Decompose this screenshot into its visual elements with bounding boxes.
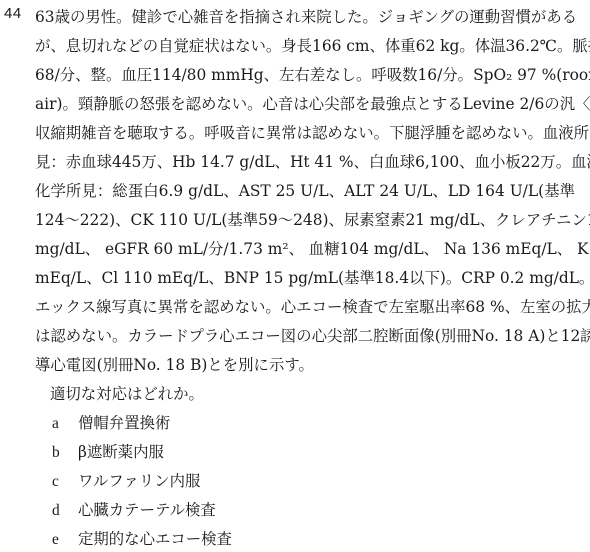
- stem-line-7: 化学所見：総蛋白6.9 g/dL、AST 25 U/L、ALT 24 U/L、L…: [35, 181, 575, 201]
- stem-line-12: は認めない。カラードプラ心エコー図の心尖部二腔断面像(別冊No. 18 A)と1…: [35, 326, 575, 346]
- stem-line-11: エックス線写真に異常を認めない。心エコー検査で左室駆出率68 %、左室の拡大: [35, 297, 575, 317]
- option-letter: c: [52, 472, 78, 492]
- option-text: 僧帽弁置換術: [78, 414, 170, 432]
- option-letter: d: [52, 501, 78, 521]
- option-b[interactable]: bβ遮断薬内服: [52, 442, 164, 463]
- stem-line-2: が、息切れなどの自覚症状はない。身長166 cm、体重62 kg。体温36.2℃…: [35, 36, 575, 56]
- stem-line-1: 63歳の男性。健診で心雑音を指摘され来院した。ジョギングの運動習慣がある: [35, 7, 575, 27]
- option-text: β遮断薬内服: [78, 443, 164, 461]
- stem-line-5: 収縮期雑音を聴取する。呼吸音に異常は認めない。下腿浮腫を認めない。血液所: [35, 123, 575, 143]
- stem-line-8: 124〜222)、CK 110 U/L(基準59〜248)、尿素窒素21 mg/…: [35, 210, 575, 230]
- option-e[interactable]: e定期的な心エコー検査: [52, 529, 232, 550]
- stem-line-10: mEq/L、Cl 110 mEq/L、BNP 15 pg/mL(基準18.4以下…: [35, 268, 575, 288]
- option-letter: b: [52, 443, 78, 463]
- stem-line-4: air)。頸静脈の怒張を認めない。心音は心尖部を最強点とするLevine 2/6…: [35, 94, 575, 114]
- option-c[interactable]: cワルファリン内服: [52, 471, 200, 492]
- stem-line-6: 見：赤血球445万、Hb 14.7 g/dL、Ht 41 %、白血球6,100、…: [35, 152, 575, 172]
- question-prompt: 適切な対応はどれか。: [50, 384, 204, 404]
- stem-line-3: 68/分、整。血圧114/80 mmHg、左右差なし。呼吸数16/分。SpO₂ …: [35, 65, 575, 85]
- option-text: ワルファリン内服: [78, 472, 200, 490]
- option-letter: e: [52, 530, 78, 550]
- stem-line-13: 導心電図(別冊No. 18 B)とを別に示す。: [35, 355, 314, 375]
- option-text: 定期的な心エコー検査: [78, 530, 232, 548]
- option-d[interactable]: d心臓カテーテル検査: [52, 500, 216, 521]
- option-text: 心臓カテーテル検査: [78, 501, 216, 519]
- option-a[interactable]: a僧帽弁置換術: [52, 413, 170, 434]
- stem-line-9: mg/dL、 eGFR 60 mL/分/1.73 m²、 血糖104 mg/dL…: [35, 239, 575, 259]
- question-number: 44: [4, 5, 22, 22]
- option-letter: a: [52, 414, 78, 434]
